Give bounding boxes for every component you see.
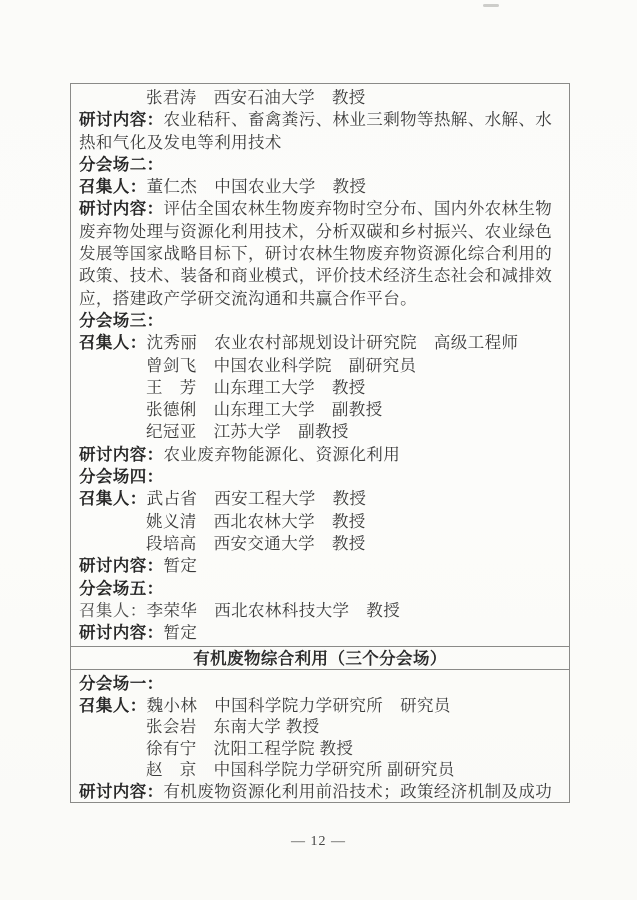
row-text: 暂定 xyxy=(164,623,198,642)
row-label: 研讨内容： xyxy=(79,623,164,642)
row-label: 研讨内容： xyxy=(79,782,164,801)
row-label: 召集人： xyxy=(79,333,147,352)
row-text: 姚义清 西北农林大学 教授 xyxy=(146,512,366,531)
section-agriculture-forestry-waste: 张君涛 西安石油大学 教授 研讨内容：农业秸秆、畜禽粪污、林业三剩物等热解、水解… xyxy=(71,84,569,646)
row-text: 废弃物处理与资源化利用技术，分析双碳和乡村振兴、农业绿色 xyxy=(79,222,552,241)
row-text: 纪冠亚 江苏大学 副教授 xyxy=(146,422,349,441)
session-heading: 分会场五： xyxy=(79,578,561,600)
session-heading: 分会场二： xyxy=(79,154,561,176)
discussion-row: 研讨内容：暂定 xyxy=(79,555,561,577)
row-text: 暂定 xyxy=(164,556,198,575)
row-text: 张德俐 山东理工大学 副教授 xyxy=(146,400,383,419)
row-label: 分会场一： xyxy=(79,674,164,693)
discussion-row: 研讨内容：农业秸秆、畜禽粪污、林业三剩物等热解、水解、水 xyxy=(79,109,561,131)
program-table: 张君涛 西安石油大学 教授 研讨内容：农业秸秆、畜禽粪污、林业三剩物等热解、水解… xyxy=(70,83,570,803)
session-heading: 分会场四： xyxy=(79,466,561,488)
discussion-row: 研讨内容：暂定 xyxy=(79,622,561,644)
section-title: 有机废物综合利用（三个分会场） xyxy=(193,649,447,668)
discussion-row: 研讨内容：有机废物资源化利用前沿技术；政策经济机制及成功 xyxy=(79,781,561,802)
scan-artifact xyxy=(483,4,499,7)
discussion-row-wrap: 政策、技术、装备和商业模式，评价技术经济生态社会和减排效 xyxy=(79,265,561,287)
row-text: 武占省 西安工程大学 教授 xyxy=(147,489,367,508)
discussion-row-wrap: 发展等国家战略目标下，研讨农林生物废弃物资源化综合利用的 xyxy=(79,243,561,265)
row-text: 热和气化及发电等利用技术 xyxy=(79,133,282,152)
page-number: — 12 — xyxy=(0,834,637,850)
row-text: 评估全国农林生物废弃物时空分布、国内外农林生物 xyxy=(164,199,553,218)
row-label: 分会场四： xyxy=(79,467,164,486)
session-heading: 分会场三： xyxy=(79,310,561,332)
row-label: 召集人： xyxy=(79,601,147,620)
section-organic-waste: 分会场一： 召集人：魏小林 中国科学院力学研究所 研究员 张会岩 东南大学 教授… xyxy=(71,670,569,802)
section-header-organic-waste: 有机废物综合利用（三个分会场） xyxy=(71,646,569,670)
row-text: 政策、技术、装备和商业模式，评价技术经济生态社会和减排效 xyxy=(79,266,552,285)
discussion-row: 研讨内容：评估全国农林生物废弃物时空分布、国内外农林生物 xyxy=(79,198,561,220)
row-text: 农业废弃物能源化、资源化利用 xyxy=(164,445,401,464)
document-page: 张君涛 西安石油大学 教授 研讨内容：农业秸秆、畜禽粪污、林业三剩物等热解、水解… xyxy=(0,0,637,900)
row-label: 研讨内容： xyxy=(79,199,164,218)
row-text: 王 芳 山东理工大学 教授 xyxy=(146,378,366,397)
convener-row: 召集人：魏小林 中国科学院力学研究所 研究员 xyxy=(79,695,561,717)
convener-row: 召集人：李荣华 西北农林科技大学 教授 xyxy=(79,600,561,622)
convener-row: 召集人：沈秀丽 农业农村部规划设计研究院 高级工程师 xyxy=(79,332,561,354)
row-label: 分会场五： xyxy=(79,579,164,598)
row-label: 召集人： xyxy=(79,177,147,196)
convener-row: 张君涛 西安石油大学 教授 xyxy=(79,87,561,109)
convener-row: 徐有宁 沈阳工程学院 教授 xyxy=(79,738,561,760)
row-text: 农业秸秆、畜禽粪污、林业三剩物等热解、水解、水 xyxy=(164,110,553,129)
row-label: 分会场三： xyxy=(79,311,164,330)
discussion-row-wrap: 热和气化及发电等利用技术 xyxy=(79,132,561,154)
discussion-row-wrap: 废弃物处理与资源化利用技术，分析双碳和乡村振兴、农业绿色 xyxy=(79,221,561,243)
row-text: 徐有宁 沈阳工程学院 教授 xyxy=(146,739,353,758)
discussion-row-wrap: 应，搭建政产学研交流沟通和共赢合作平台。 xyxy=(79,288,561,310)
row-text: 董仁杰 中国农业大学 教授 xyxy=(147,177,367,196)
row-text: 段培高 西安交通大学 教授 xyxy=(146,534,366,553)
convener-row: 姚义清 西北农林大学 教授 xyxy=(79,511,561,533)
row-label: 研讨内容： xyxy=(79,110,164,129)
row-text: 有机废物资源化利用前沿技术；政策经济机制及成功 xyxy=(164,782,553,801)
row-text: 张会岩 东南大学 教授 xyxy=(146,717,320,736)
row-text: 应，搭建政产学研交流沟通和共赢合作平台。 xyxy=(79,289,417,308)
convener-row: 段培高 西安交通大学 教授 xyxy=(79,533,561,555)
row-label: 研讨内容： xyxy=(79,556,164,575)
row-text: 李荣华 西北农林科技大学 教授 xyxy=(147,601,401,620)
convener-row: 召集人：董仁杰 中国农业大学 教授 xyxy=(79,176,561,198)
row-text: 发展等国家战略目标下，研讨农林生物废弃物资源化综合利用的 xyxy=(79,244,552,263)
session-heading: 分会场一： xyxy=(79,673,561,695)
row-text: 魏小林 中国科学院力学研究所 研究员 xyxy=(147,696,451,715)
convener-row: 赵 京 中国科学院力学研究所 副研究员 xyxy=(79,759,561,781)
row-label: 召集人： xyxy=(79,489,147,508)
row-text: 张君涛 西安石油大学 教授 xyxy=(146,88,366,107)
convener-row: 王 芳 山东理工大学 教授 xyxy=(79,377,561,399)
discussion-row: 研讨内容：农业废弃物能源化、资源化利用 xyxy=(79,444,561,466)
convener-row: 曾剑飞 中国农业科学院 副研究员 xyxy=(79,355,561,377)
convener-row: 张德俐 山东理工大学 副教授 xyxy=(79,399,561,421)
convener-row: 纪冠亚 江苏大学 副教授 xyxy=(79,421,561,443)
row-label: 召集人： xyxy=(79,696,147,715)
row-text: 赵 京 中国科学院力学研究所 副研究员 xyxy=(146,760,455,779)
row-label: 分会场二： xyxy=(79,155,164,174)
convener-row: 张会岩 东南大学 教授 xyxy=(79,716,561,738)
row-label: 研讨内容： xyxy=(79,445,164,464)
row-text: 沈秀丽 农业农村部规划设计研究院 高级工程师 xyxy=(147,333,519,352)
convener-row: 召集人：武占省 西安工程大学 教授 xyxy=(79,488,561,510)
row-text: 曾剑飞 中国农业科学院 副研究员 xyxy=(146,356,416,375)
